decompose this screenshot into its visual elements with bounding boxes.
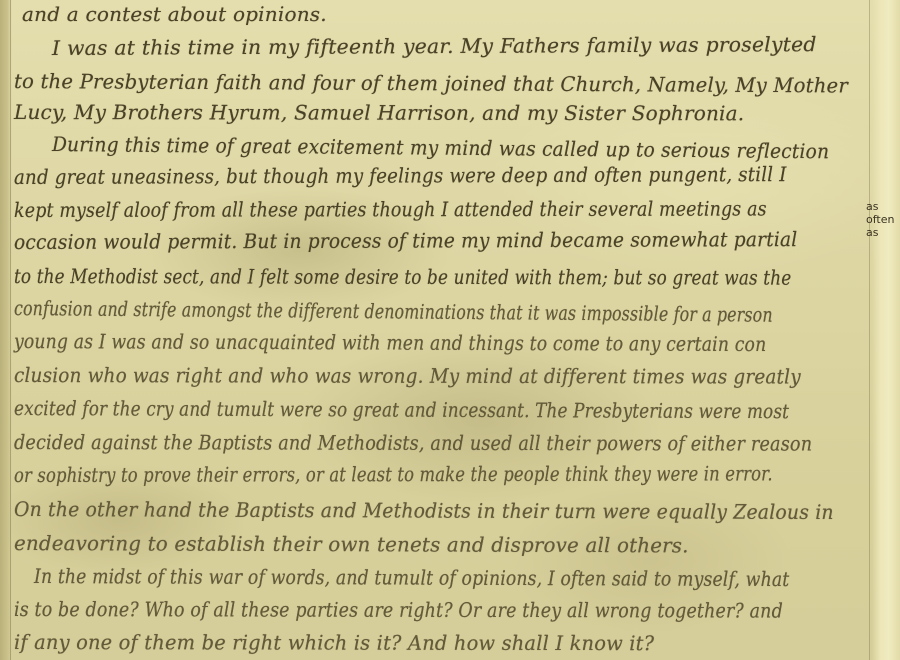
manuscript-line-3: to the Presbyterian faith and four of th… (14, 69, 848, 97)
manuscript-line-20: if any one of them be right which is it?… (14, 630, 654, 655)
right-margin-rule (869, 0, 870, 660)
manuscript-page: and a contest about opinions. I was at t… (0, 0, 900, 660)
manuscript-line-8: occasion would permit. But in process of… (14, 227, 797, 254)
manuscript-line-6: and great uneasiness, but though my feel… (14, 162, 787, 189)
manuscript-line-19: is to be done? Who of all these parties … (14, 597, 783, 623)
page-right-edge (872, 0, 900, 660)
manuscript-line-18: In the midst of this war of words, and t… (34, 564, 789, 591)
manuscript-line-11: young as I was and so unacquainted with … (14, 329, 766, 356)
manuscript-line-1: and a contest about opinions. (22, 2, 327, 26)
manuscript-line-9: to the Methodist sect, and I felt some d… (14, 264, 791, 290)
manuscript-line-13: excited for the cry and tumult were so g… (14, 396, 789, 423)
manuscript-line-4: Lucy, My Brothers Hyrum, Samuel Harrison… (14, 100, 744, 125)
manuscript-line-15: or sophistry to prove their errors, or a… (14, 461, 773, 487)
manuscript-line-16: On the other hand the Baptists and Metho… (14, 497, 834, 524)
margin-rule (10, 0, 11, 660)
manuscript-line-17: endeavoring to establish their own tenet… (14, 531, 689, 557)
manuscript-line-14: decided against the Baptists and Methodi… (14, 430, 812, 456)
manuscript-line-5: During this time of great excitement my … (52, 132, 829, 163)
manuscript-line-10: confusion and strife amongst the differe… (14, 296, 773, 327)
manuscript-line-2: I was at this time in my fifteenth year.… (52, 32, 817, 60)
insertion-mark: as often as (866, 200, 900, 239)
manuscript-line-12: clusion who was right and who was wrong.… (14, 363, 801, 388)
manuscript-line-7: kept myself aloof from all these parties… (14, 196, 767, 222)
